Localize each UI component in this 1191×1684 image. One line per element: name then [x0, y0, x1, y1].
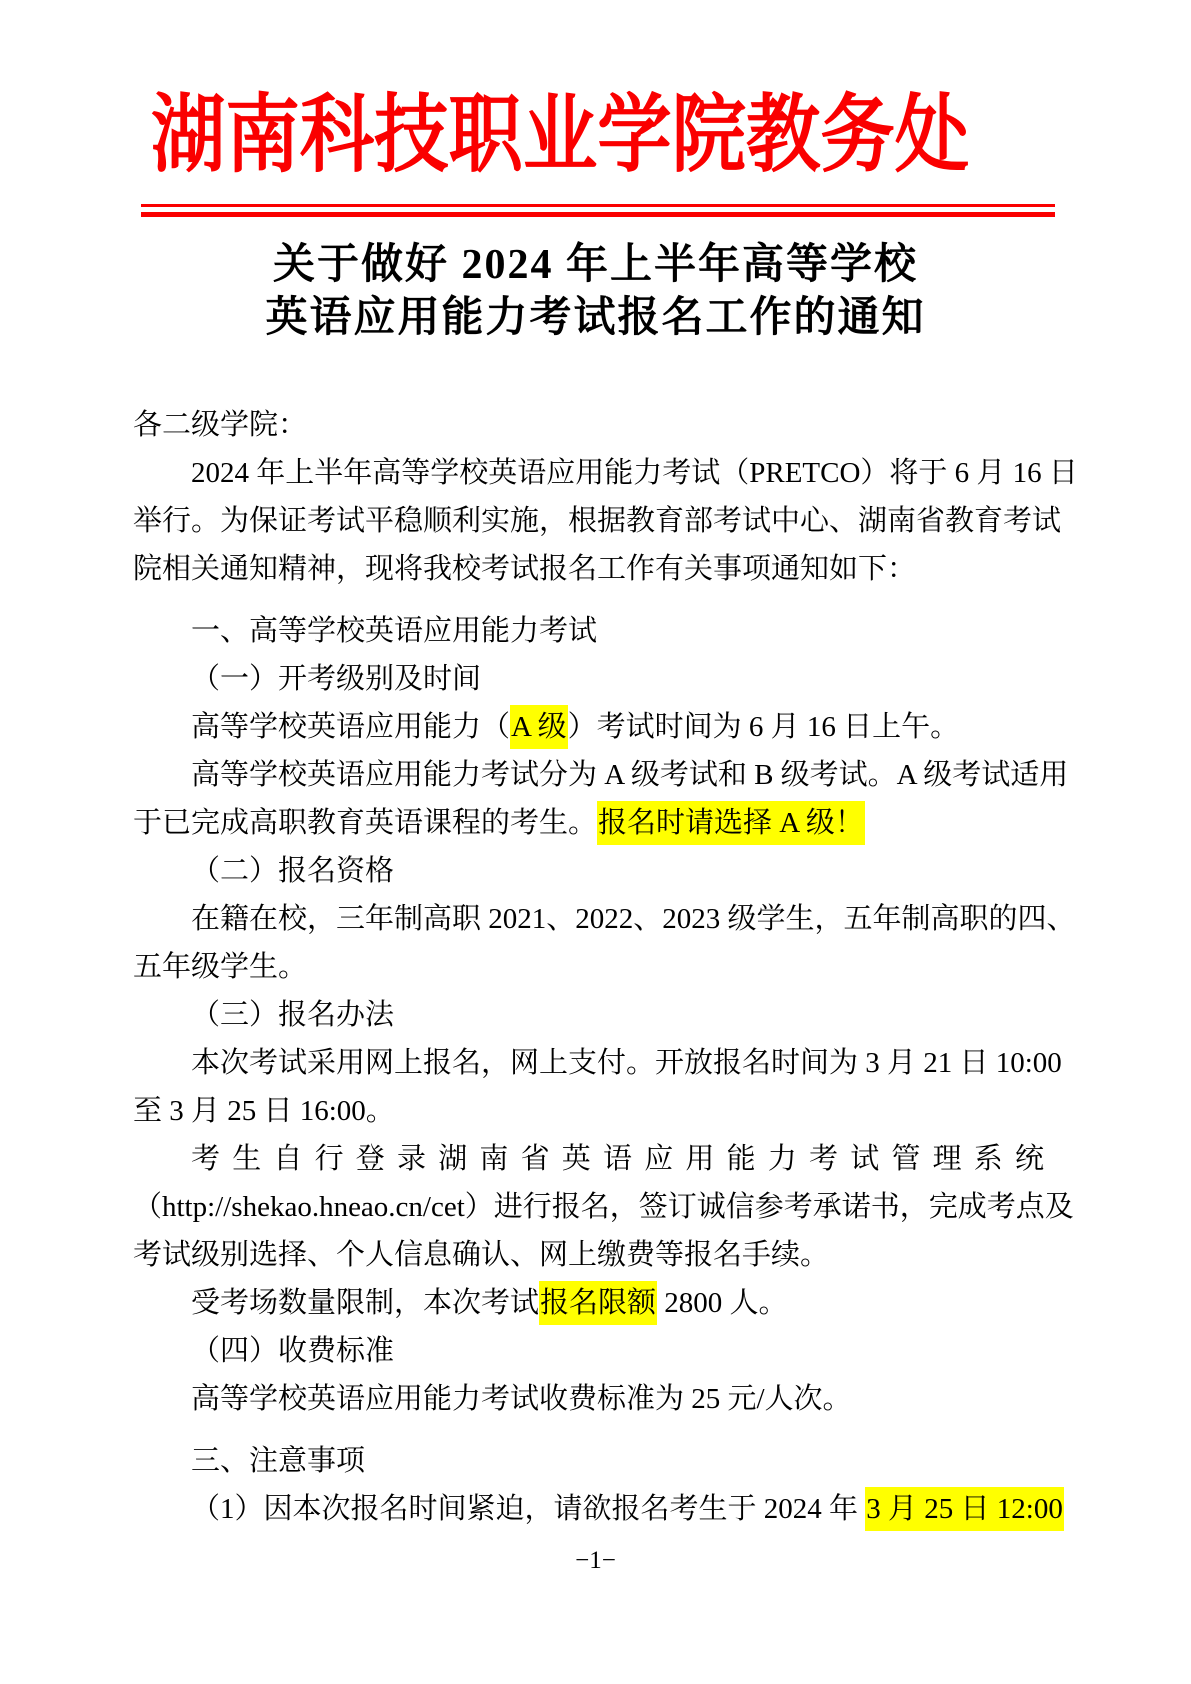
text-segment: 2024 年上半年高等学校英语应用能力考试（PRETCO）将于 6 月 16 日	[191, 457, 1078, 489]
text-segment: 三、注意事项	[191, 1445, 365, 1477]
body-line: 至 3 月 25 日 16:00。	[133, 1087, 1057, 1135]
text-segment: 本次考试采用网上报名，网上支付。开放报名时间为 3 月 21 日 10:00	[191, 1047, 1062, 1079]
body-line: 本次考试采用网上报名，网上支付。开放报名时间为 3 月 21 日 10:00	[133, 1039, 1057, 1087]
document-title-line-2: 英语应用能力考试报名工作的通知	[0, 292, 1191, 345]
text-segment: 各二级学院：	[133, 409, 307, 441]
text-segment: 在籍在校，三年制高职 2021、2022、2023 级学生，五年制高职的四、	[191, 903, 1076, 935]
letterhead-title: 湖南科技职业学院教务处	[151, 81, 969, 191]
body-line: 于已完成高职教育英语课程的考生。报名时请选择 A 级！	[133, 799, 1057, 847]
body-line: 高等学校英语应用能力考试收费标准为 25 元/人次。	[133, 1375, 1057, 1423]
document-body: 各二级学院：2024 年上半年高等学校英语应用能力考试（PRETCO）将于 6 …	[133, 401, 1057, 1533]
text-segment: 于已完成高职教育英语课程的考生。	[133, 807, 597, 839]
body-line: （二）报名资格	[133, 847, 1057, 895]
text-segment: 院相关通知精神，现将我校考试报名工作有关事项通知如下：	[133, 553, 916, 585]
text-segment: 2800 人。	[657, 1287, 788, 1319]
text-segment: （1）因本次报名时间紧迫，请欲报名考生于 2024 年	[191, 1493, 865, 1525]
highlighted-text: 3 月 25 日 12:00	[865, 1487, 1064, 1531]
text-segment: 五年级学生。	[133, 951, 307, 983]
body-line: 高等学校英语应用能力考试分为 A 级考试和 B 级考试。A 级考试适用	[133, 751, 1057, 799]
text-segment: （四）收费标准	[191, 1335, 394, 1367]
highlighted-text: 报名限额	[539, 1281, 657, 1325]
body-line: （四）收费标准	[133, 1327, 1057, 1375]
body-line: 2024 年上半年高等学校英语应用能力考试（PRETCO）将于 6 月 16 日	[133, 449, 1057, 497]
document-page: 湖南科技职业学院教务处 关于做好 2024 年上半年高等学校 英语应用能力考试报…	[0, 0, 1191, 1684]
text-segment: 考生自行登录湖南省英语应用能力考试管理系统	[191, 1143, 1056, 1175]
text-segment: 考试级别选择、个人信息确认、网上缴费等报名手续。	[133, 1239, 829, 1271]
text-segment: （一）开考级别及时间	[191, 663, 481, 695]
text-segment: （三）报名办法	[191, 999, 394, 1031]
divider-thin-line	[141, 204, 1055, 207]
body-line: （http://shekao.hneao.cn/cet）进行报名，签订诚信参考承…	[133, 1183, 1057, 1231]
body-line: 考试级别选择、个人信息确认、网上缴费等报名手续。	[133, 1231, 1057, 1279]
text-segment: 一、高等学校英语应用能力考试	[191, 615, 597, 647]
text-segment: 至 3 月 25 日 16:00。	[133, 1095, 395, 1127]
body-line: （三）报名办法	[133, 991, 1057, 1039]
document-title: 关于做好 2024 年上半年高等学校 英语应用能力考试报名工作的通知	[0, 239, 1191, 345]
text-segment: 高等学校英语应用能力考试收费标准为 25 元/人次。	[191, 1383, 852, 1415]
text-segment: 举行。为保证考试平稳顺利实施，根据教育部考试中心、湖南省教育考试	[133, 505, 1061, 537]
body-line: 一、高等学校英语应用能力考试	[133, 607, 1057, 655]
body-line: 各二级学院：	[133, 401, 1057, 449]
body-line: （一）开考级别及时间	[133, 655, 1057, 703]
body-line: 三、注意事项	[133, 1437, 1057, 1485]
divider-thick-line	[141, 212, 1055, 217]
text-segment: 高等学校英语应用能力（	[191, 711, 510, 743]
body-line: 在籍在校，三年制高职 2021、2022、2023 级学生，五年制高职的四、	[133, 895, 1057, 943]
body-line: 院相关通知精神，现将我校考试报名工作有关事项通知如下：	[133, 545, 1057, 593]
page-number: −1−	[0, 1545, 1191, 1577]
body-line: 考生自行登录湖南省英语应用能力考试管理系统	[133, 1135, 1057, 1183]
text-segment: （http://shekao.hneao.cn/cet）进行报名，签订诚信参考承…	[133, 1191, 1074, 1223]
body-line: 受考场数量限制，本次考试报名限额 2800 人。	[133, 1279, 1057, 1327]
text-segment: 受考场数量限制，本次考试	[191, 1287, 539, 1319]
text-segment: 高等学校英语应用能力考试分为 A 级考试和 B 级考试。A 级考试适用	[191, 759, 1068, 791]
highlighted-text: A 级	[510, 705, 568, 749]
document-title-line-1: 关于做好 2024 年上半年高等学校	[0, 239, 1191, 292]
text-segment: ）考试时间为 6 月 16 日上午。	[568, 711, 960, 743]
highlighted-text: 报名时请选择 A 级！	[597, 801, 865, 845]
body-line: 五年级学生。	[133, 943, 1057, 991]
body-line: 高等学校英语应用能力（A 级）考试时间为 6 月 16 日上午。	[133, 703, 1057, 751]
body-line: （1）因本次报名时间紧迫，请欲报名考生于 2024 年 3 月 25 日 12:…	[133, 1485, 1057, 1533]
body-line: 举行。为保证考试平稳顺利实施，根据教育部考试中心、湖南省教育考试	[133, 497, 1057, 545]
text-segment: （二）报名资格	[191, 855, 394, 887]
letterhead-divider	[141, 204, 1055, 217]
